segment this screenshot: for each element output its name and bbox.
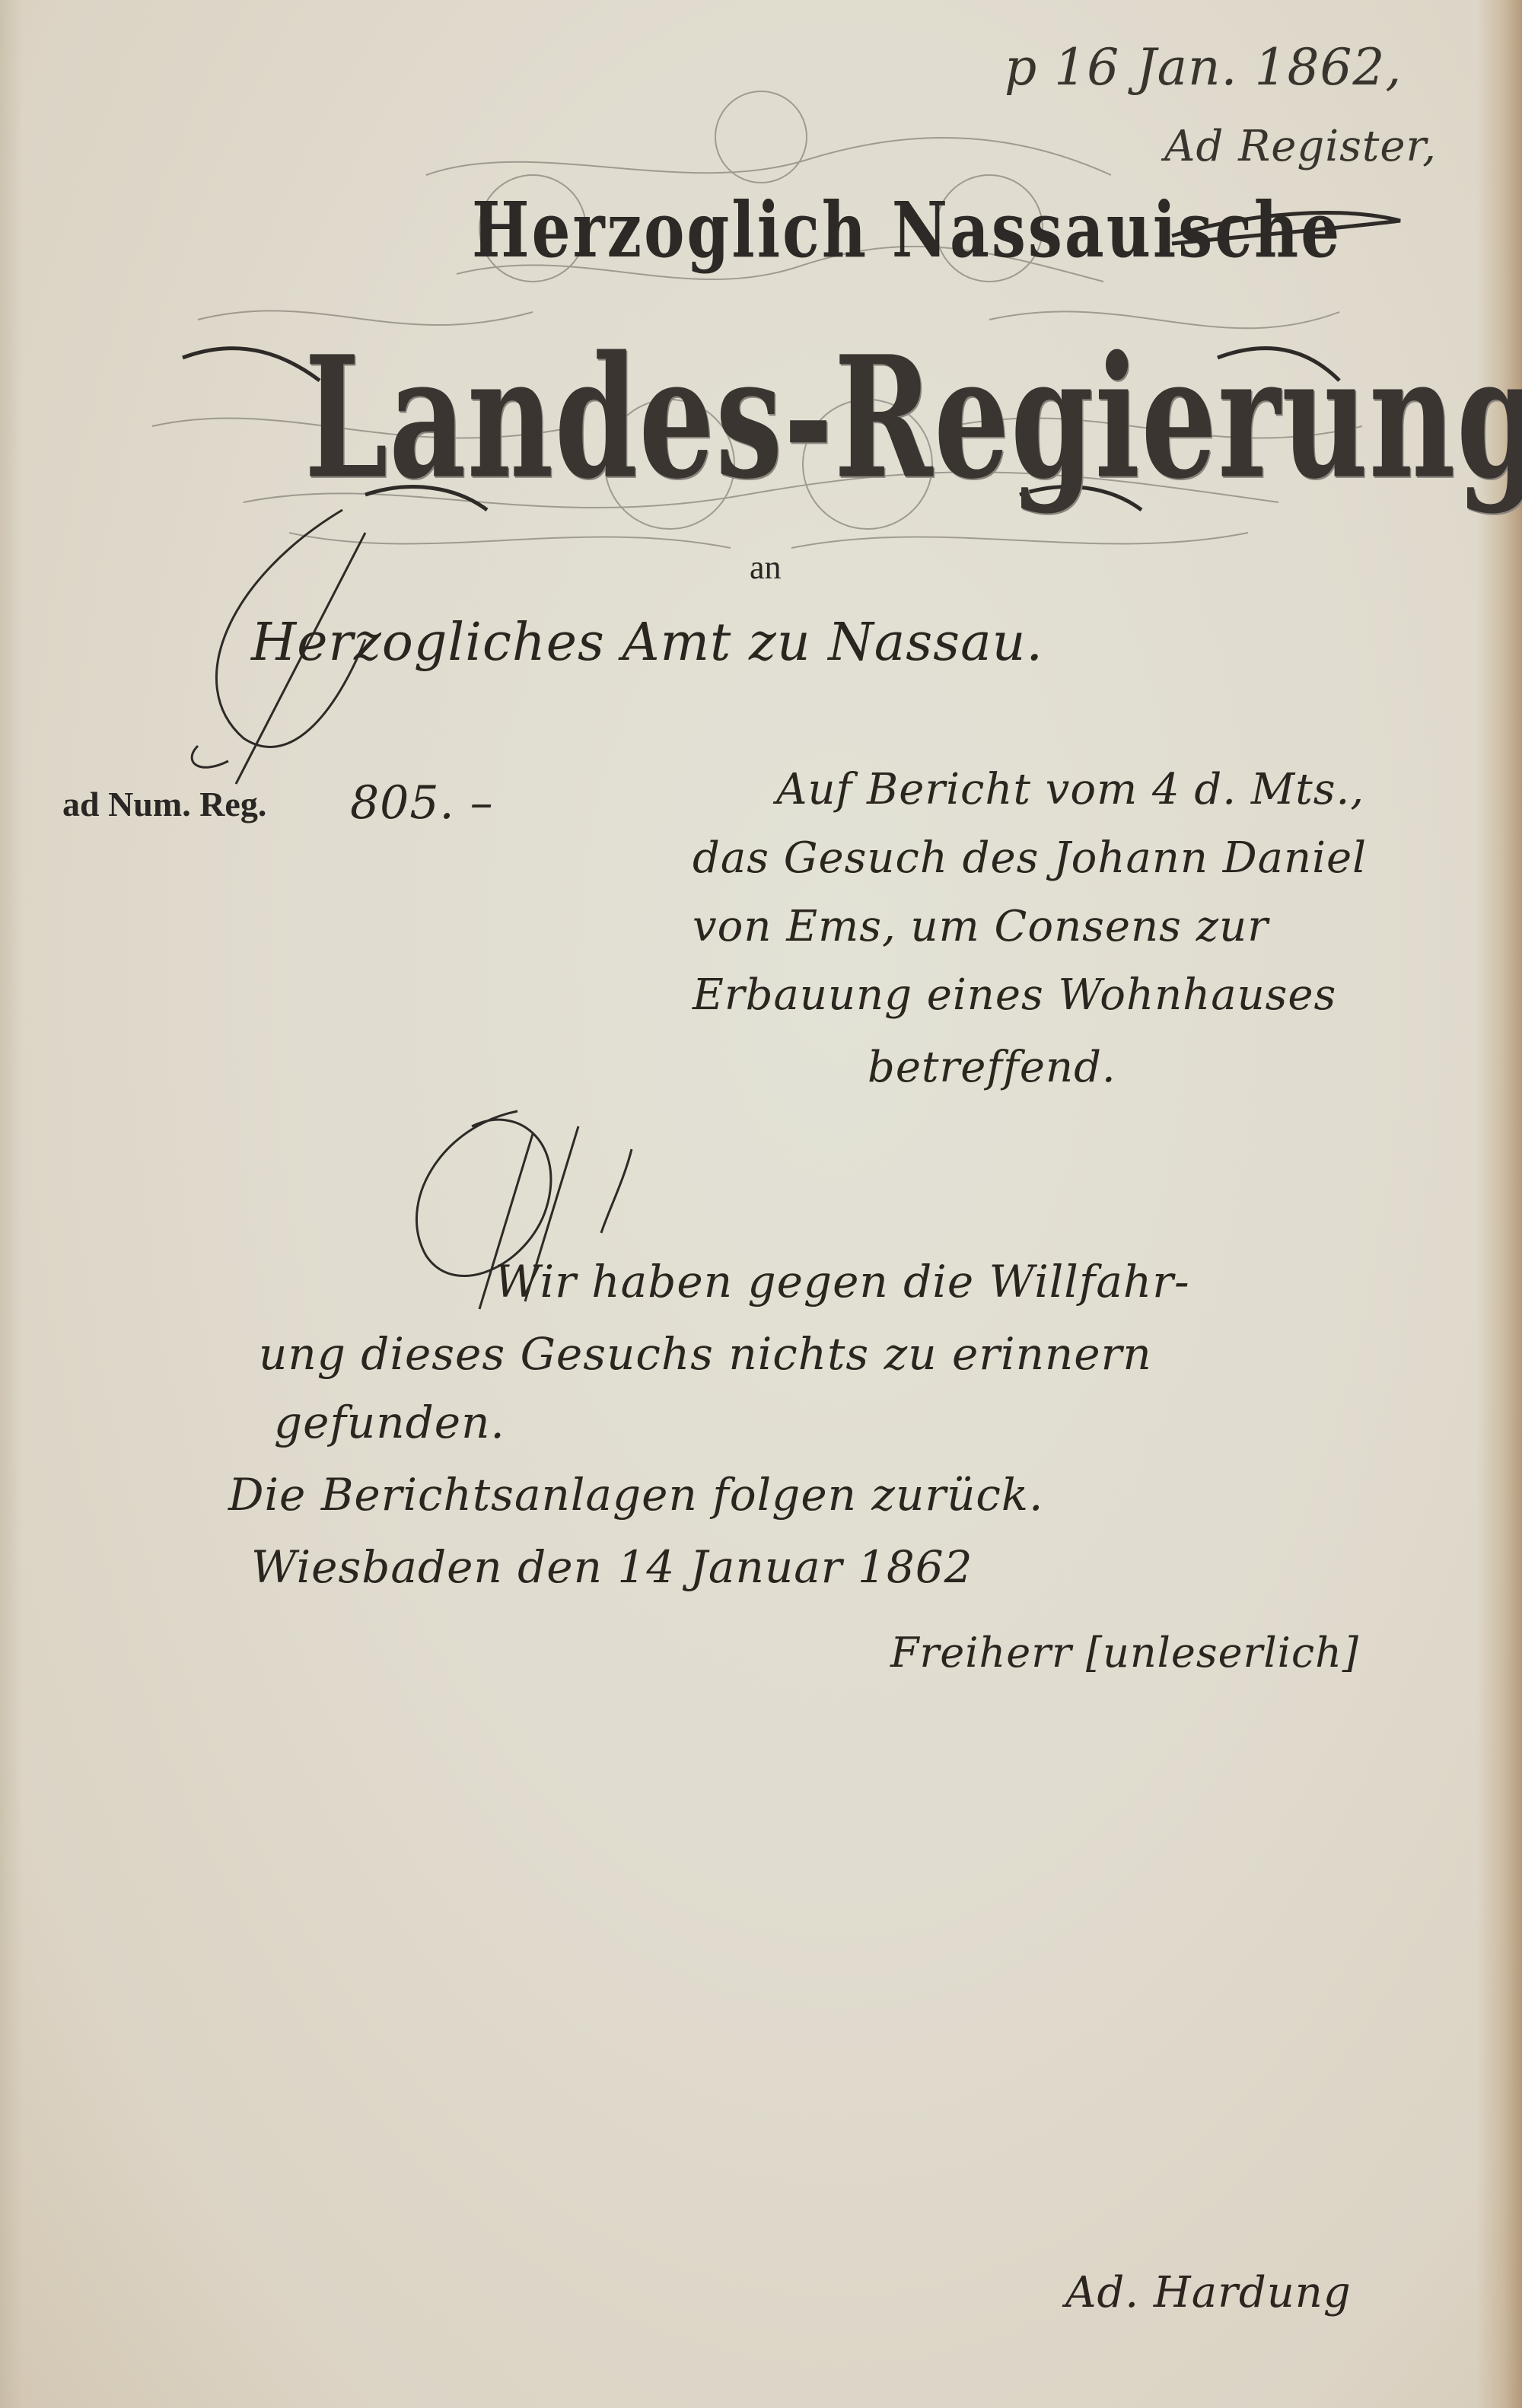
- subject-line: Auf Bericht vom 4 d. Mts.,: [776, 765, 1364, 814]
- paper-edge-left: [0, 0, 23, 2408]
- body-line: Die Berichtsanlagen folgen zurück.: [228, 1469, 1044, 1521]
- subject-line: Erbauung eines Wohnhauses: [693, 970, 1336, 1020]
- place-date-line: Wiesbaden den 14 Januar 1862: [251, 1541, 973, 1593]
- signature: Freiherr [unleserlich]: [890, 1629, 1359, 1677]
- register-annotation: Ad Register,: [1164, 122, 1437, 171]
- reference-number: 805. –: [350, 776, 494, 830]
- letterhead-title: Landes-Regierung: [304, 320, 1522, 517]
- letterhead-line1: Herzoglich Nassauische: [472, 185, 1342, 275]
- body-line: ung dieses Gesuchs nichts zu erinnern: [259, 1328, 1152, 1380]
- bottom-note: Ad. Hardung: [1065, 2268, 1352, 2317]
- body-line: gefunden.: [274, 1397, 505, 1448]
- addressee: Herzogliches Amt zu Nassau.: [251, 613, 1043, 673]
- receipt-annotation: p 16 Jan. 1862,: [1005, 38, 1402, 97]
- document-page: p 16 Jan. 1862, Ad Register, Herzoglich …: [0, 0, 1522, 2408]
- body-line: Wir haben gegen die Willfahr-: [495, 1256, 1190, 1308]
- reference-label: ad Num. Reg.: [62, 784, 266, 824]
- subject-line: von Ems, um Consens zur: [693, 902, 1269, 951]
- letterhead-preposition: an: [750, 548, 782, 587]
- subject-line: das Gesuch des Johann Daniel: [693, 833, 1367, 883]
- subject-line: betreffend.: [868, 1043, 1116, 1092]
